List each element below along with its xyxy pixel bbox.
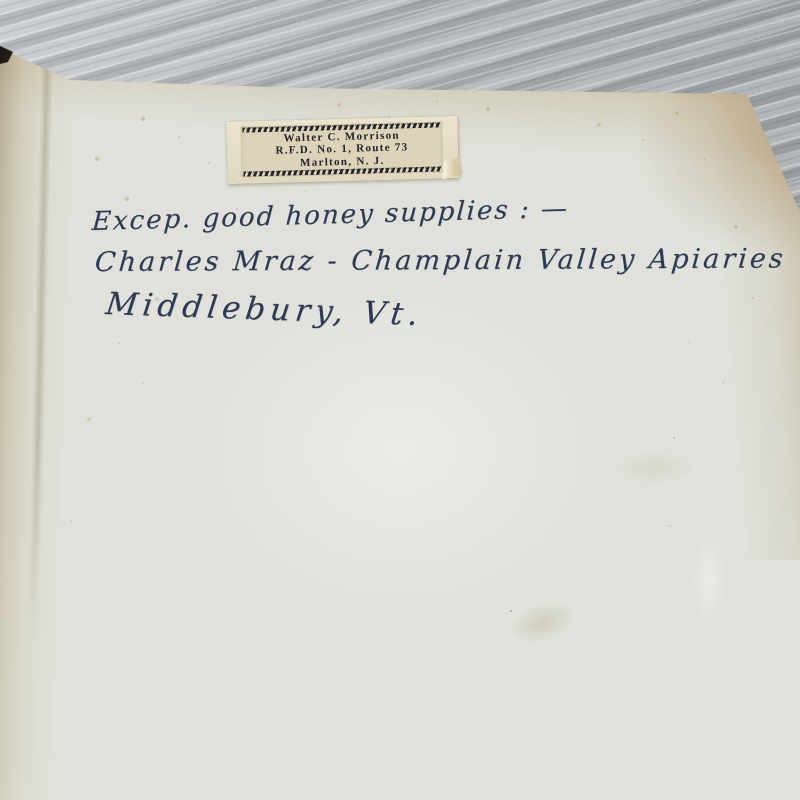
inscription-line-2: Charles Mraz - Champlain Valley Apiaries: [94, 243, 787, 278]
clear-tape: Walter C. Morrison R.F.D. No. 1, Route 7…: [226, 116, 459, 184]
stain-blotch: [600, 445, 710, 491]
pale-streak: [686, 520, 732, 640]
page-gutter-shading: [0, 40, 110, 800]
book-endpaper-page: Walter C. Morrison R.F.D. No. 1, Route 7…: [0, 0, 800, 800]
address-label: Walter C. Morrison R.F.D. No. 1, Route 7…: [240, 121, 443, 177]
